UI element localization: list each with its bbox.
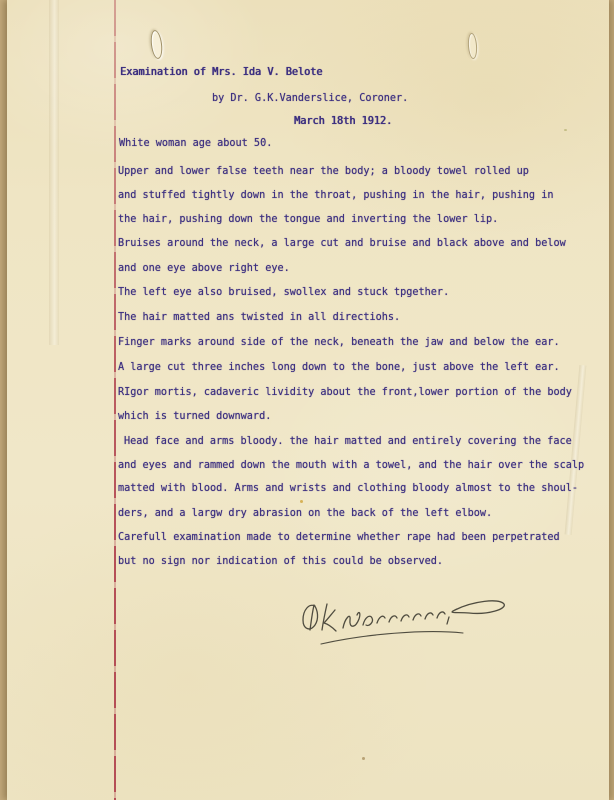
text-line: ders, and a largw dry abrasion on the ba… xyxy=(118,507,492,520)
paper-speck xyxy=(300,500,303,503)
text-line: Upper and lower false teeth near the bod… xyxy=(118,165,529,178)
text-line: The hair matted ans twisted in all direc… xyxy=(118,311,400,324)
text-line: and stuffed tightly down in the throat, … xyxy=(118,189,553,202)
signature-ink-strokes xyxy=(297,588,517,652)
text-line: but no sign nor indication of this could… xyxy=(118,555,443,568)
red-margin-rule xyxy=(114,0,116,800)
text-line: and eyes and rammed down the mouth with … xyxy=(118,459,584,472)
text-line: White woman age about 50. xyxy=(119,137,272,150)
text-line: the hair, pushing down the tongue and in… xyxy=(118,213,498,226)
paper-crease xyxy=(49,0,59,345)
paper-speck xyxy=(362,757,365,760)
byline: by Dr. G.K.Vanderslice, Coroner. xyxy=(212,92,408,105)
text-line: Carefull examination made to determine w… xyxy=(118,531,560,544)
text-line: and one eye above right eye. xyxy=(118,262,290,275)
text-line: which is turned downward. xyxy=(118,410,271,423)
text-line: Head face and arms bloody. the hair matt… xyxy=(124,435,572,448)
text-line: Bruises around the neck, a large cut and… xyxy=(118,237,566,250)
scanned-page: Examination of Mrs. Ida V. Belote by Dr.… xyxy=(7,0,609,800)
document-title: Examination of Mrs. Ida V. Belote xyxy=(120,66,322,79)
fastener-hole-mark xyxy=(467,33,478,60)
paper-speck xyxy=(564,129,567,131)
text-line: RIgor mortis, cadaveric lividity about t… xyxy=(118,386,572,399)
text-line: matted with blood. Arms and wrists and c… xyxy=(118,482,578,495)
text-line: The left eye also bruised, swollex and s… xyxy=(118,286,449,299)
text-line: A large cut three inches long down to th… xyxy=(118,361,560,374)
fastener-hole-mark xyxy=(149,29,163,59)
text-line: Finger marks around side of the neck, be… xyxy=(118,336,560,349)
coroner-signature: G.K.Vanderslice M.D. xyxy=(297,588,517,652)
date-line: March 18th 1912. xyxy=(294,115,392,128)
